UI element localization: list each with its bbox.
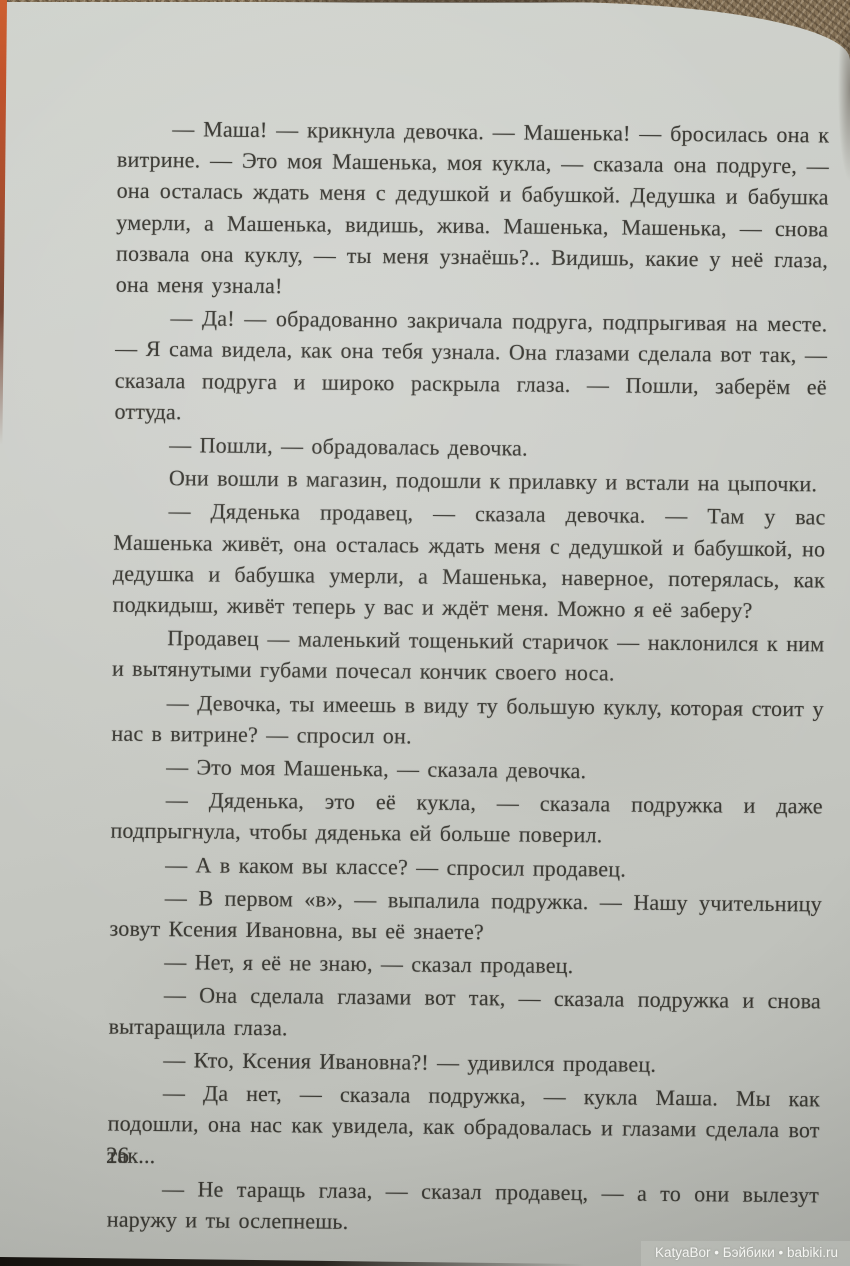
paragraph: — Кто, Ксения Ивановна?! — удивился прод…: [108, 1043, 820, 1081]
paragraph: — В первом «в», — выпалила подружка. — Н…: [109, 881, 822, 950]
book-page-photo: — Маша! — крикнула девочка. — Машенька! …: [0, 0, 850, 1266]
paragraph: — Дяденька продавец, — сказала девочка. …: [113, 495, 826, 627]
paragraph: Они вошли в магазин, подошли к прилавку …: [114, 462, 826, 500]
paragraph: — Она сделала глазами вот так, — сказала…: [108, 979, 821, 1048]
paragraph: — Пошли, — обрадовалась девочка.: [114, 429, 826, 467]
paragraph: — Дяденька, это её кукла, — сказала подр…: [110, 784, 823, 853]
page-number: 26: [106, 1143, 129, 1169]
watermark-text: KatyaBor • Бэйбики • babiki.ru: [655, 1245, 838, 1260]
paragraph: — Да! — обрадованно закричала подруга, п…: [114, 302, 827, 434]
paragraph: — Не таращь глаза, — сказал продавец, — …: [107, 1172, 820, 1241]
paragraph: — Маша! — крикнула девочка. — Машенька! …: [116, 113, 830, 307]
watermark: KatyaBor • Бэйбики • babiki.ru: [641, 1241, 850, 1266]
paragraph: — Это моя Машенька, — сказала девочка.: [111, 751, 823, 789]
paragraph: — Девочка, ты имеешь в виду ту большую к…: [111, 686, 824, 755]
page-top-edge-shadow: [255, 0, 645, 3]
paragraph: Продавец — маленький тощенький старичок …: [112, 622, 825, 691]
paragraph: — А в каком вы классе? — спросил продаве…: [110, 848, 822, 886]
page-right-edge-shadow: [838, 30, 850, 265]
paragraph: — Нет, я её не знаю, — сказал продавец.: [109, 946, 821, 984]
story-text: — Маша! — крикнула девочка. — Машенька! …: [107, 113, 830, 1244]
paragraph: — Да нет, — сказала подружка, — кукла Ма…: [107, 1077, 820, 1177]
